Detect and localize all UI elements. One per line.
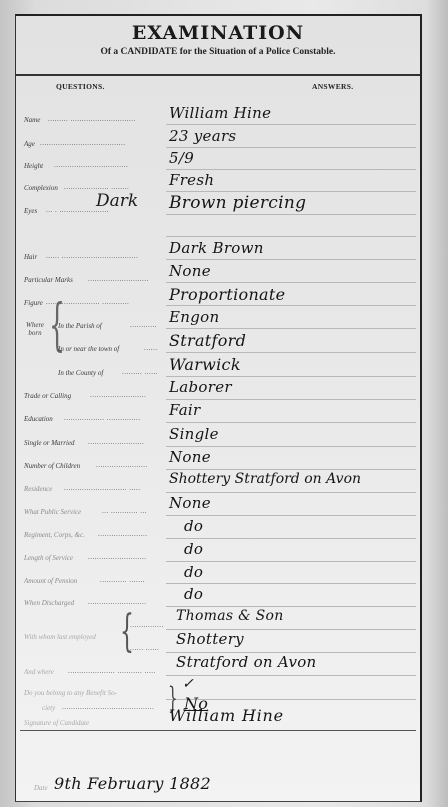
ruled-line	[166, 583, 416, 584]
ruled-line	[166, 282, 416, 283]
answer-height: 5/9	[169, 149, 194, 167]
question-particular-marks: Particular Marks	[24, 276, 73, 284]
ruled-line	[166, 561, 416, 562]
answer-parish: Engon	[169, 308, 219, 326]
form-subtitle: Of a CANDIDATE for the Situation of a Po…	[16, 47, 420, 57]
answer-age: 23 years	[169, 127, 236, 145]
question-eyes: Eyes	[24, 207, 37, 215]
candidate-signature: William Hine	[169, 706, 284, 725]
question-town: In or near the town of	[58, 345, 119, 353]
answer-single-married: Single	[169, 425, 219, 443]
leader-dots: ...........................	[88, 275, 149, 283]
ruled-line	[166, 147, 416, 148]
question-single-married: Single or Married	[24, 439, 75, 447]
question-pension: Amount of Pension	[24, 577, 77, 585]
answer-residence: Shottery Stratford on Avon	[169, 471, 361, 487]
question-and-where: And where	[24, 668, 54, 676]
answer-county: Warwick	[169, 355, 241, 374]
question-benefit-society: Do you belong to any Benefit So-	[24, 689, 117, 697]
leader-dots: .........................	[90, 391, 146, 399]
answer-discharged: do	[184, 585, 203, 603]
date-label: Date	[34, 784, 48, 792]
leader-dots: ..........................	[88, 598, 147, 606]
form-title: EXAMINATION	[16, 22, 420, 44]
leader-dots: ...... .................................…	[46, 252, 138, 260]
answer-employer-place: Shottery	[176, 630, 244, 648]
date-value: 9th February 1882	[54, 774, 211, 793]
question-signature: Signature of Candidate	[24, 719, 89, 727]
leader-dots: ...... ......	[130, 644, 159, 652]
ruled-line	[166, 305, 416, 306]
leader-dots: ............................ .....	[64, 484, 141, 492]
leader-dots: ..................... ........... .....	[68, 667, 156, 675]
answer-particular-marks: None	[169, 262, 211, 280]
question-public-service: What Public Service	[24, 508, 81, 516]
question-residence: Residence	[24, 485, 52, 493]
ruled-line	[166, 124, 416, 125]
answer-children: None	[169, 448, 211, 466]
question-discharged: When Discharged	[24, 599, 74, 607]
question-name: Name	[24, 116, 40, 124]
leader-dots: .................................	[54, 161, 128, 169]
ruled-line	[166, 352, 416, 353]
answer-public-service: None	[169, 494, 211, 512]
ruled-line	[166, 469, 416, 470]
leader-dots: ...............	[130, 621, 164, 629]
leader-dots: ... ............ ...	[102, 507, 147, 515]
form-frame: EXAMINATION Of a CANDIDATE for the Situa…	[15, 14, 422, 802]
answers-column-header: ANSWERS.	[312, 82, 353, 91]
ruled-line	[166, 492, 416, 493]
ruled-line	[166, 606, 416, 607]
answer-figure: Proportionate	[169, 285, 285, 304]
annotation-dark: Dark	[96, 191, 138, 211]
leader-dots: ..........................	[88, 553, 147, 561]
ruled-line	[166, 236, 416, 237]
leader-dots: .......................	[96, 461, 148, 469]
questions-column-header: QUESTIONS.	[56, 82, 105, 91]
question-hair: Hair	[24, 253, 37, 261]
answer-hair: Dark Brown	[169, 239, 264, 257]
answer-and-where: Stratford on Avon	[176, 653, 317, 671]
question-trade: Trade or Calling	[24, 392, 71, 400]
leader-dots: .........................	[88, 438, 144, 446]
answer-pension: do	[184, 563, 203, 581]
question-benefit-society-cont: ciety	[42, 704, 55, 712]
question-last-employed: With whom last employed	[24, 633, 96, 641]
question-complexion: Complexion	[24, 184, 58, 192]
question-education: Education	[24, 415, 53, 423]
answer-trade: Laborer	[169, 378, 232, 396]
question-children: Number of Children	[24, 462, 80, 470]
leader-dots: ........................................…	[62, 703, 154, 711]
question-county: In the County of	[58, 369, 103, 377]
ruled-line	[166, 214, 416, 215]
question-parish: In the Parish of	[58, 322, 102, 330]
document-page: EXAMINATION Of a CANDIDATE for the Situa…	[0, 0, 448, 807]
ruled-line	[166, 515, 416, 516]
question-regiment: Regiment, Corps, &c.	[24, 531, 85, 539]
answer-education: Fair	[169, 401, 201, 419]
form-header: EXAMINATION Of a CANDIDATE for the Situa…	[16, 16, 420, 76]
ruled-line	[166, 328, 416, 329]
answer-town: Stratford	[169, 331, 246, 350]
answer-complexion: Fresh	[169, 171, 214, 189]
ruled-line	[166, 422, 416, 423]
question-age: Age	[24, 140, 35, 148]
leader-dots: ......	[144, 344, 158, 352]
question-length-service: Length of Service	[24, 554, 73, 562]
ruled-line	[166, 169, 416, 170]
answer-eyes: Brown piercing	[169, 193, 306, 213]
leader-dots: .................... ........	[64, 183, 129, 191]
answer-length-service: do	[184, 540, 203, 558]
ruled-line	[166, 675, 416, 676]
ruled-line	[166, 376, 416, 377]
answer-employer: Thomas & Son	[176, 608, 284, 624]
leader-dots: ............	[130, 321, 157, 329]
ruled-line	[166, 446, 416, 447]
leader-dots: ............ .......	[100, 576, 145, 584]
leader-dots: ......... ......	[122, 368, 158, 376]
answer-checkmark: ✓	[182, 676, 194, 692]
ruled-line	[166, 538, 416, 539]
leader-dots: ......................	[98, 530, 148, 538]
signature-divider	[20, 730, 416, 731]
question-figure: Figure	[24, 299, 43, 307]
leader-dots: ......... .............................	[48, 115, 136, 123]
question-height: Height	[24, 162, 43, 170]
where-born-label: Whereborn	[26, 321, 44, 337]
answer-regiment: do	[184, 517, 203, 535]
ruled-line	[166, 191, 416, 192]
ruled-line	[166, 399, 416, 400]
ruled-line	[166, 259, 416, 260]
leader-dots: ......................................	[40, 139, 126, 147]
leader-dots: .................. ...............	[64, 414, 141, 422]
answer-name: William Hine	[169, 104, 271, 122]
